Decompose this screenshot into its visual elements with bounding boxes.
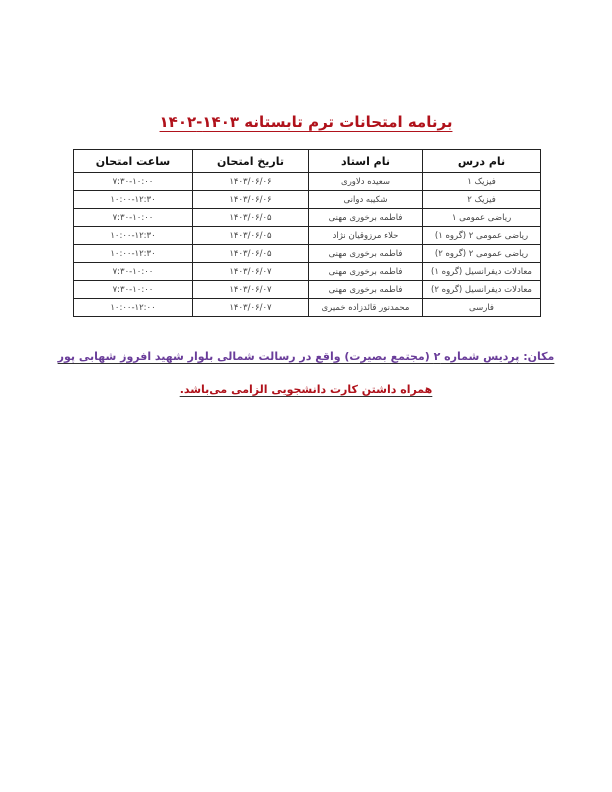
cell-time: ۷:۳۰-۱۰:۰۰ (74, 209, 193, 227)
cell-time: ۱۰:۰۰-۱۲:۳۰ (74, 227, 193, 245)
cell-course: معادلات دیفرانسیل (گروه ۱) (423, 263, 541, 281)
cell-teacher: حلاء مرزوقیان نژاد (309, 227, 423, 245)
cell-time: ۷:۳۰-۱۰:۰۰ (74, 263, 193, 281)
cell-teacher: شکیبه دوانی (309, 191, 423, 209)
table-row: فیزیک ۱ سعیده دلاوری ۱۴۰۳/۰۶/۰۶ ۷:۳۰-۱۰:… (74, 173, 541, 191)
cell-course: ریاضی عمومی ۲ (گروه ۱) (423, 227, 541, 245)
cell-date: ۱۴۰۳/۰۶/۰۵ (193, 227, 309, 245)
exam-location-text: مکان: پردیس شماره ۲ (مجتمع بصیرت) واقع د… (58, 350, 555, 363)
cell-time: ۷:۳۰-۱۰:۰۰ (74, 173, 193, 191)
cell-course: ریاضی عمومی ۱ (423, 209, 541, 227)
cell-time: ۷:۳۰-۱۰:۰۰ (74, 281, 193, 299)
cell-date: ۱۴۰۳/۰۶/۰۶ (193, 173, 309, 191)
cell-teacher: فاطمه برخوری مهنی (309, 263, 423, 281)
header-teacher: نام استاد (309, 150, 423, 173)
table-row: فیزیک ۲ شکیبه دوانی ۱۴۰۳/۰۶/۰۶ ۱۰:۰۰-۱۲:… (74, 191, 541, 209)
exam-schedule-table: نام درس نام استاد تاریخ امتحان ساعت امتح… (73, 149, 541, 317)
cell-teacher: محمدنور قائدزاده خمیری (309, 299, 423, 317)
cell-course: ریاضی عمومی ۲ (گروه ۲) (423, 245, 541, 263)
exam-location: مکان: پردیس شماره ۲ (مجتمع بصیرت) واقع د… (0, 350, 612, 363)
table-row: معادلات دیفرانسیل (گروه ۱) فاطمه برخوری … (74, 263, 541, 281)
student-card-note: همراه داشتن کارت دانشجویی الزامی می‌باشد… (0, 383, 612, 396)
cell-date: ۱۴۰۳/۰۶/۰۷ (193, 281, 309, 299)
cell-time: ۱۰:۰۰-۱۲:۳۰ (74, 245, 193, 263)
cell-course: معادلات دیفرانسیل (گروه ۲) (423, 281, 541, 299)
table-row: ریاضی عمومی ۱ فاطمه برخوری مهنی ۱۴۰۳/۰۶/… (74, 209, 541, 227)
table-row: ریاضی عمومی ۲ (گروه ۲) فاطمه برخوری مهنی… (74, 245, 541, 263)
page-title: برنامه امتحانات ترم تابستانه ۱۴۰۳-۱۴۰۲ (0, 112, 612, 131)
header-time: ساعت امتحان (74, 150, 193, 173)
table-row: فارسی محمدنور قائدزاده خمیری ۱۴۰۳/۰۶/۰۷ … (74, 299, 541, 317)
student-card-note-text: همراه داشتن کارت دانشجویی الزامی می‌باشد… (180, 383, 433, 396)
cell-date: ۱۴۰۳/۰۶/۰۷ (193, 263, 309, 281)
header-course: نام درس (423, 150, 541, 173)
cell-course: فیزیک ۱ (423, 173, 541, 191)
cell-date: ۱۴۰۳/۰۶/۰۵ (193, 245, 309, 263)
cell-teacher: سعیده دلاوری (309, 173, 423, 191)
cell-teacher: فاطمه برخوری مهنی (309, 281, 423, 299)
cell-date: ۱۴۰۳/۰۶/۰۶ (193, 191, 309, 209)
table-row: ریاضی عمومی ۲ (گروه ۱) حلاء مرزوقیان نژا… (74, 227, 541, 245)
table-row: معادلات دیفرانسیل (گروه ۲) فاطمه برخوری … (74, 281, 541, 299)
cell-time: ۱۰:۰۰-۱۲:۳۰ (74, 191, 193, 209)
cell-course: فارسی (423, 299, 541, 317)
cell-date: ۱۴۰۳/۰۶/۰۵ (193, 209, 309, 227)
header-date: تاریخ امتحان (193, 150, 309, 173)
cell-teacher: فاطمه برخوری مهنی (309, 209, 423, 227)
cell-time: ۱۰:۰۰-۱۲:۰۰ (74, 299, 193, 317)
table-header-row: نام درس نام استاد تاریخ امتحان ساعت امتح… (74, 150, 541, 173)
cell-teacher: فاطمه برخوری مهنی (309, 245, 423, 263)
cell-course: فیزیک ۲ (423, 191, 541, 209)
page-title-text: برنامه امتحانات ترم تابستانه ۱۴۰۳-۱۴۰۲ (160, 113, 453, 131)
cell-date: ۱۴۰۳/۰۶/۰۷ (193, 299, 309, 317)
